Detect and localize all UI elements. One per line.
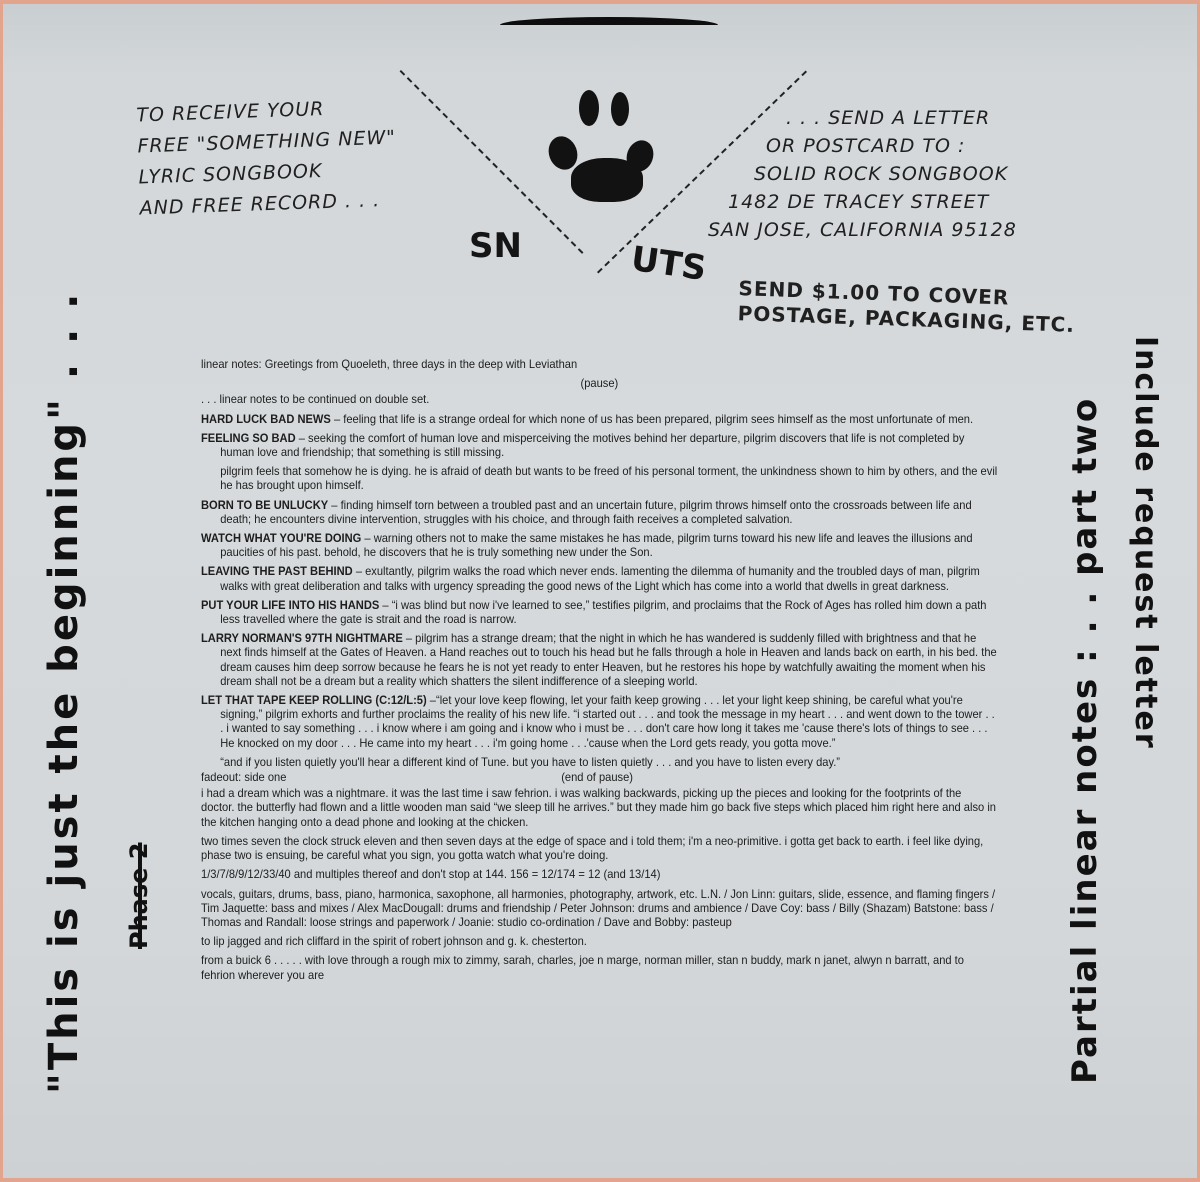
struck-phase-label: Phase 2 xyxy=(125,843,153,950)
track-entry: PUT YOUR LIFE INTO HIS HANDS – “i was bl… xyxy=(201,599,998,627)
track-entry: FEELING SO BAD – seeking the comfort of … xyxy=(201,432,998,460)
track-title: HARD LUCK BAD NEWS xyxy=(201,413,331,426)
track-title: FEELING SO BAD xyxy=(201,432,296,445)
postage-note: Send $1.00 to cover postage, packaging, … xyxy=(737,276,1076,338)
track-title: LARRY NORMAN'S 97TH NIGHTMARE xyxy=(201,632,403,645)
album-sleeve: To receive your FREE "Something New" lyr… xyxy=(3,4,1197,1178)
logo-left: SN xyxy=(469,226,522,266)
track-title: WATCH WHAT YOU'RE DOING xyxy=(201,532,361,545)
track-title: LET THAT TAPE KEEP ROLLING (C:12/L:5) xyxy=(201,694,427,707)
address-line: or postcard to : xyxy=(708,132,1017,160)
credits-paragraph: vocals, guitars, drums, bass, piano, har… xyxy=(201,888,998,931)
record-edge xyxy=(500,17,718,25)
pause-label: (pause) xyxy=(201,377,998,391)
linear-notes: linear notes: Greetings from Quoeleth, t… xyxy=(201,358,998,988)
address-line: Solid Rock Songbook xyxy=(708,160,1017,188)
track-entry: BORN TO BE UNLUCKY – finding himself tor… xyxy=(201,499,998,527)
track-extra: “and if you listen quietly you'll hear a… xyxy=(201,756,998,770)
logo-right: UTS xyxy=(629,239,709,289)
mailing-address: . . . send a letter or postcard to : Sol… xyxy=(708,104,1017,244)
track-entry: LET THAT TAPE KEEP ROLLING (C:12/L:5) –“… xyxy=(201,694,998,751)
notes-continued: . . . linear notes to be continued on do… xyxy=(201,393,998,407)
track-title: BORN TO BE UNLUCKY xyxy=(201,499,328,512)
request-letter-label: Include request letter xyxy=(1128,336,1163,750)
partial-notes-label: Partial linear notes : . . part two xyxy=(1065,397,1105,1084)
notes-intro: linear notes: Greetings from Quoeleth, t… xyxy=(201,358,998,372)
address-line: . . . send a letter xyxy=(708,104,1017,132)
track-title: LEAVING THE PAST BEHIND xyxy=(201,565,353,578)
track-description: – seeking the comfort of human love and … xyxy=(220,432,964,459)
end-pause-label: (end of pause) xyxy=(561,771,633,785)
paw-print-icon xyxy=(543,84,683,214)
address-line: 1482 De Tracey Street xyxy=(708,188,1017,216)
track-entry: WATCH WHAT YOU'RE DOING – warning others… xyxy=(201,532,998,560)
clock-paragraph: two times seven the clock struck eleven … xyxy=(201,835,998,863)
fadeout-row: fadeout: side one (end of pause) xyxy=(201,771,998,785)
dedication-line: to lip jagged and rich cliffard in the s… xyxy=(201,935,998,949)
thanks-paragraph: from a buick 6 . . . . . with love throu… xyxy=(201,954,998,982)
track-entry: LEAVING THE PAST BEHIND – exultantly, pi… xyxy=(201,565,998,593)
track-description: – finding himself torn between a trouble… xyxy=(220,499,971,526)
address-line: San Jose, California 95128 xyxy=(708,216,1017,244)
track-extra: pilgrim feels that somehow he is dying. … xyxy=(201,465,998,493)
dream-paragraph: i had a dream which was a nightmare. it … xyxy=(201,787,998,830)
offer-intro: To receive your FREE "Something New" lyr… xyxy=(136,92,399,225)
track-description: – feeling that life is a strange ordeal … xyxy=(334,413,973,426)
numbers-line: 1/3/7/8/9/12/33/40 and multiples thereof… xyxy=(201,868,998,882)
beginning-tagline: "This is just the beginning" . . . xyxy=(41,291,87,1094)
track-title: PUT YOUR LIFE INTO HIS HANDS xyxy=(201,599,379,612)
track-entry: LARRY NORMAN'S 97TH NIGHTMARE – pilgrim … xyxy=(201,632,998,689)
fadeout-label: fadeout: side one xyxy=(201,771,286,785)
track-entry: HARD LUCK BAD NEWS – feeling that life i… xyxy=(201,413,998,427)
